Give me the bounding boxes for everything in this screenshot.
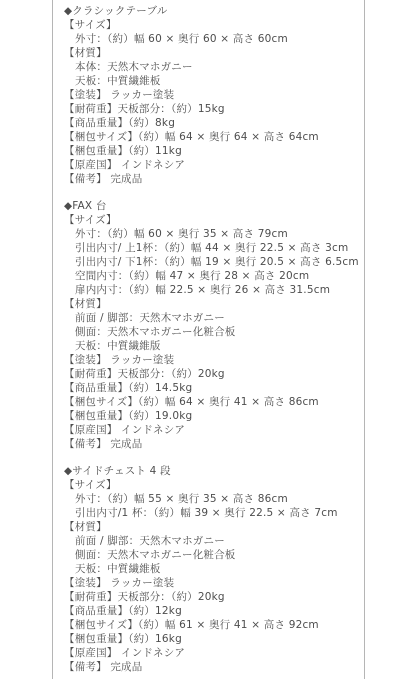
- product-title: ◆FAX 台: [64, 199, 360, 213]
- spec-label-line: 【梱包サイズ】（約）幅 64 × 奥行 41 × 高さ 86cm: [64, 395, 360, 409]
- spec-value-line: 外寸：（約）幅 60 × 奥行 60 × 高さ 60cm: [64, 32, 360, 46]
- spec-label-line: 【サイズ】: [64, 213, 360, 227]
- spec-label-line: 【原産国】 インドネシア: [64, 158, 360, 172]
- spec-value-line: 外寸：（約）幅 60 × 奥行 35 × 高さ 79cm: [64, 227, 360, 241]
- spec-value-line: 天板：中質繊維板: [64, 74, 360, 88]
- spec-label-line: 【梱包重量】（約）19.0kg: [64, 409, 360, 423]
- spec-label-line: 【商品重量】（約）12kg: [64, 604, 360, 618]
- spec-label-line: 【原産国】 インドネシア: [64, 423, 360, 437]
- spec-label-line: 【梱包重量】（約）16kg: [64, 632, 360, 646]
- spec-label-line: 【備考】 完成品: [64, 437, 360, 451]
- product-spec-page: ◆クラシックテーブル【サイズ】外寸：（約）幅 60 × 奥行 60 × 高さ 6…: [0, 0, 416, 679]
- spec-label-line: 【材質】: [64, 297, 360, 311]
- spec-value-line: 前面 / 脚部：天然木マホガニー: [64, 311, 360, 325]
- left-border-line: [52, 0, 53, 679]
- spec-label-line: 【備考】 完成品: [64, 660, 360, 674]
- spec-label-line: 【耐荷重】天板部分：（約）20kg: [64, 590, 360, 604]
- spec-value-line: 引出内寸/ 上1杯：（約）幅 44 × 奥行 22.5 × 高さ 3cm: [64, 241, 360, 255]
- spec-value-line: 天板：中質繊維版: [64, 339, 360, 353]
- product-section: ◆サイドチェスト 4 段【サイズ】外寸：（約）幅 55 × 奥行 35 × 高さ…: [64, 464, 360, 674]
- spec-value-line: 引出内寸/ 下1杯：（約）幅 19 × 奥行 20.5 × 高さ 6.5cm: [64, 255, 360, 269]
- spec-value-line: 天板：中質繊維板: [64, 562, 360, 576]
- product-title: ◆サイドチェスト 4 段: [64, 464, 360, 478]
- spec-label-line: 【材質】: [64, 46, 360, 60]
- product-title: ◆クラシックテーブル: [64, 4, 360, 18]
- spec-label-line: 【商品重量】（約）8kg: [64, 116, 360, 130]
- spec-label-line: 【サイズ】: [64, 18, 360, 32]
- spec-value-line: 扉内内寸：（約）幅 22.5 × 奥行 26 × 高さ 31.5cm: [64, 283, 360, 297]
- spec-label-line: 【原産国】 インドネシア: [64, 646, 360, 660]
- spec-label-line: 【商品重量】（約）14.5kg: [64, 381, 360, 395]
- spec-value-line: 外寸：（約）幅 55 × 奥行 35 × 高さ 86cm: [64, 492, 360, 506]
- spec-label-line: 【梱包サイズ】（約）幅 64 × 奥行 64 × 高さ 64cm: [64, 130, 360, 144]
- spec-label-line: 【梱包重量】（約）11kg: [64, 144, 360, 158]
- spec-value-line: 前面 / 脚部：天然木マホガニー: [64, 534, 360, 548]
- spec-label-line: 【梱包サイズ】（約）幅 61 × 奥行 41 × 高さ 92cm: [64, 618, 360, 632]
- spec-label-line: 【塗装】 ラッカー塗装: [64, 576, 360, 590]
- spec-value-line: 本体：天然木マホガニー: [64, 60, 360, 74]
- spec-label-line: 【耐荷重】天板部分：（約）15kg: [64, 102, 360, 116]
- spec-label-line: 【塗装】 ラッカー塗装: [64, 353, 360, 367]
- spec-value-line: 引出内寸/1 杯：（約）幅 39 × 奥行 22.5 × 高さ 7cm: [64, 506, 360, 520]
- spec-content: ◆クラシックテーブル【サイズ】外寸：（約）幅 60 × 奥行 60 × 高さ 6…: [64, 4, 360, 674]
- product-section: ◆FAX 台【サイズ】外寸：（約）幅 60 × 奥行 35 × 高さ 79cm引…: [64, 199, 360, 451]
- spec-label-line: 【サイズ】: [64, 478, 360, 492]
- spec-value-line: 側面：天然木マホガニー化粧合板: [64, 325, 360, 339]
- spec-label-line: 【耐荷重】天板部分：（約）20kg: [64, 367, 360, 381]
- spec-label-line: 【備考】 完成品: [64, 172, 360, 186]
- spec-label-line: 【塗装】 ラッカー塗装: [64, 88, 360, 102]
- spec-label-line: 【材質】: [64, 520, 360, 534]
- spec-value-line: 空間内寸：（約）幅 47 × 奥行 28 × 高さ 20cm: [64, 269, 360, 283]
- right-border-line: [364, 0, 365, 679]
- spec-value-line: 側面：天然木マホガニー化粧合板: [64, 548, 360, 562]
- product-section: ◆クラシックテーブル【サイズ】外寸：（約）幅 60 × 奥行 60 × 高さ 6…: [64, 4, 360, 186]
